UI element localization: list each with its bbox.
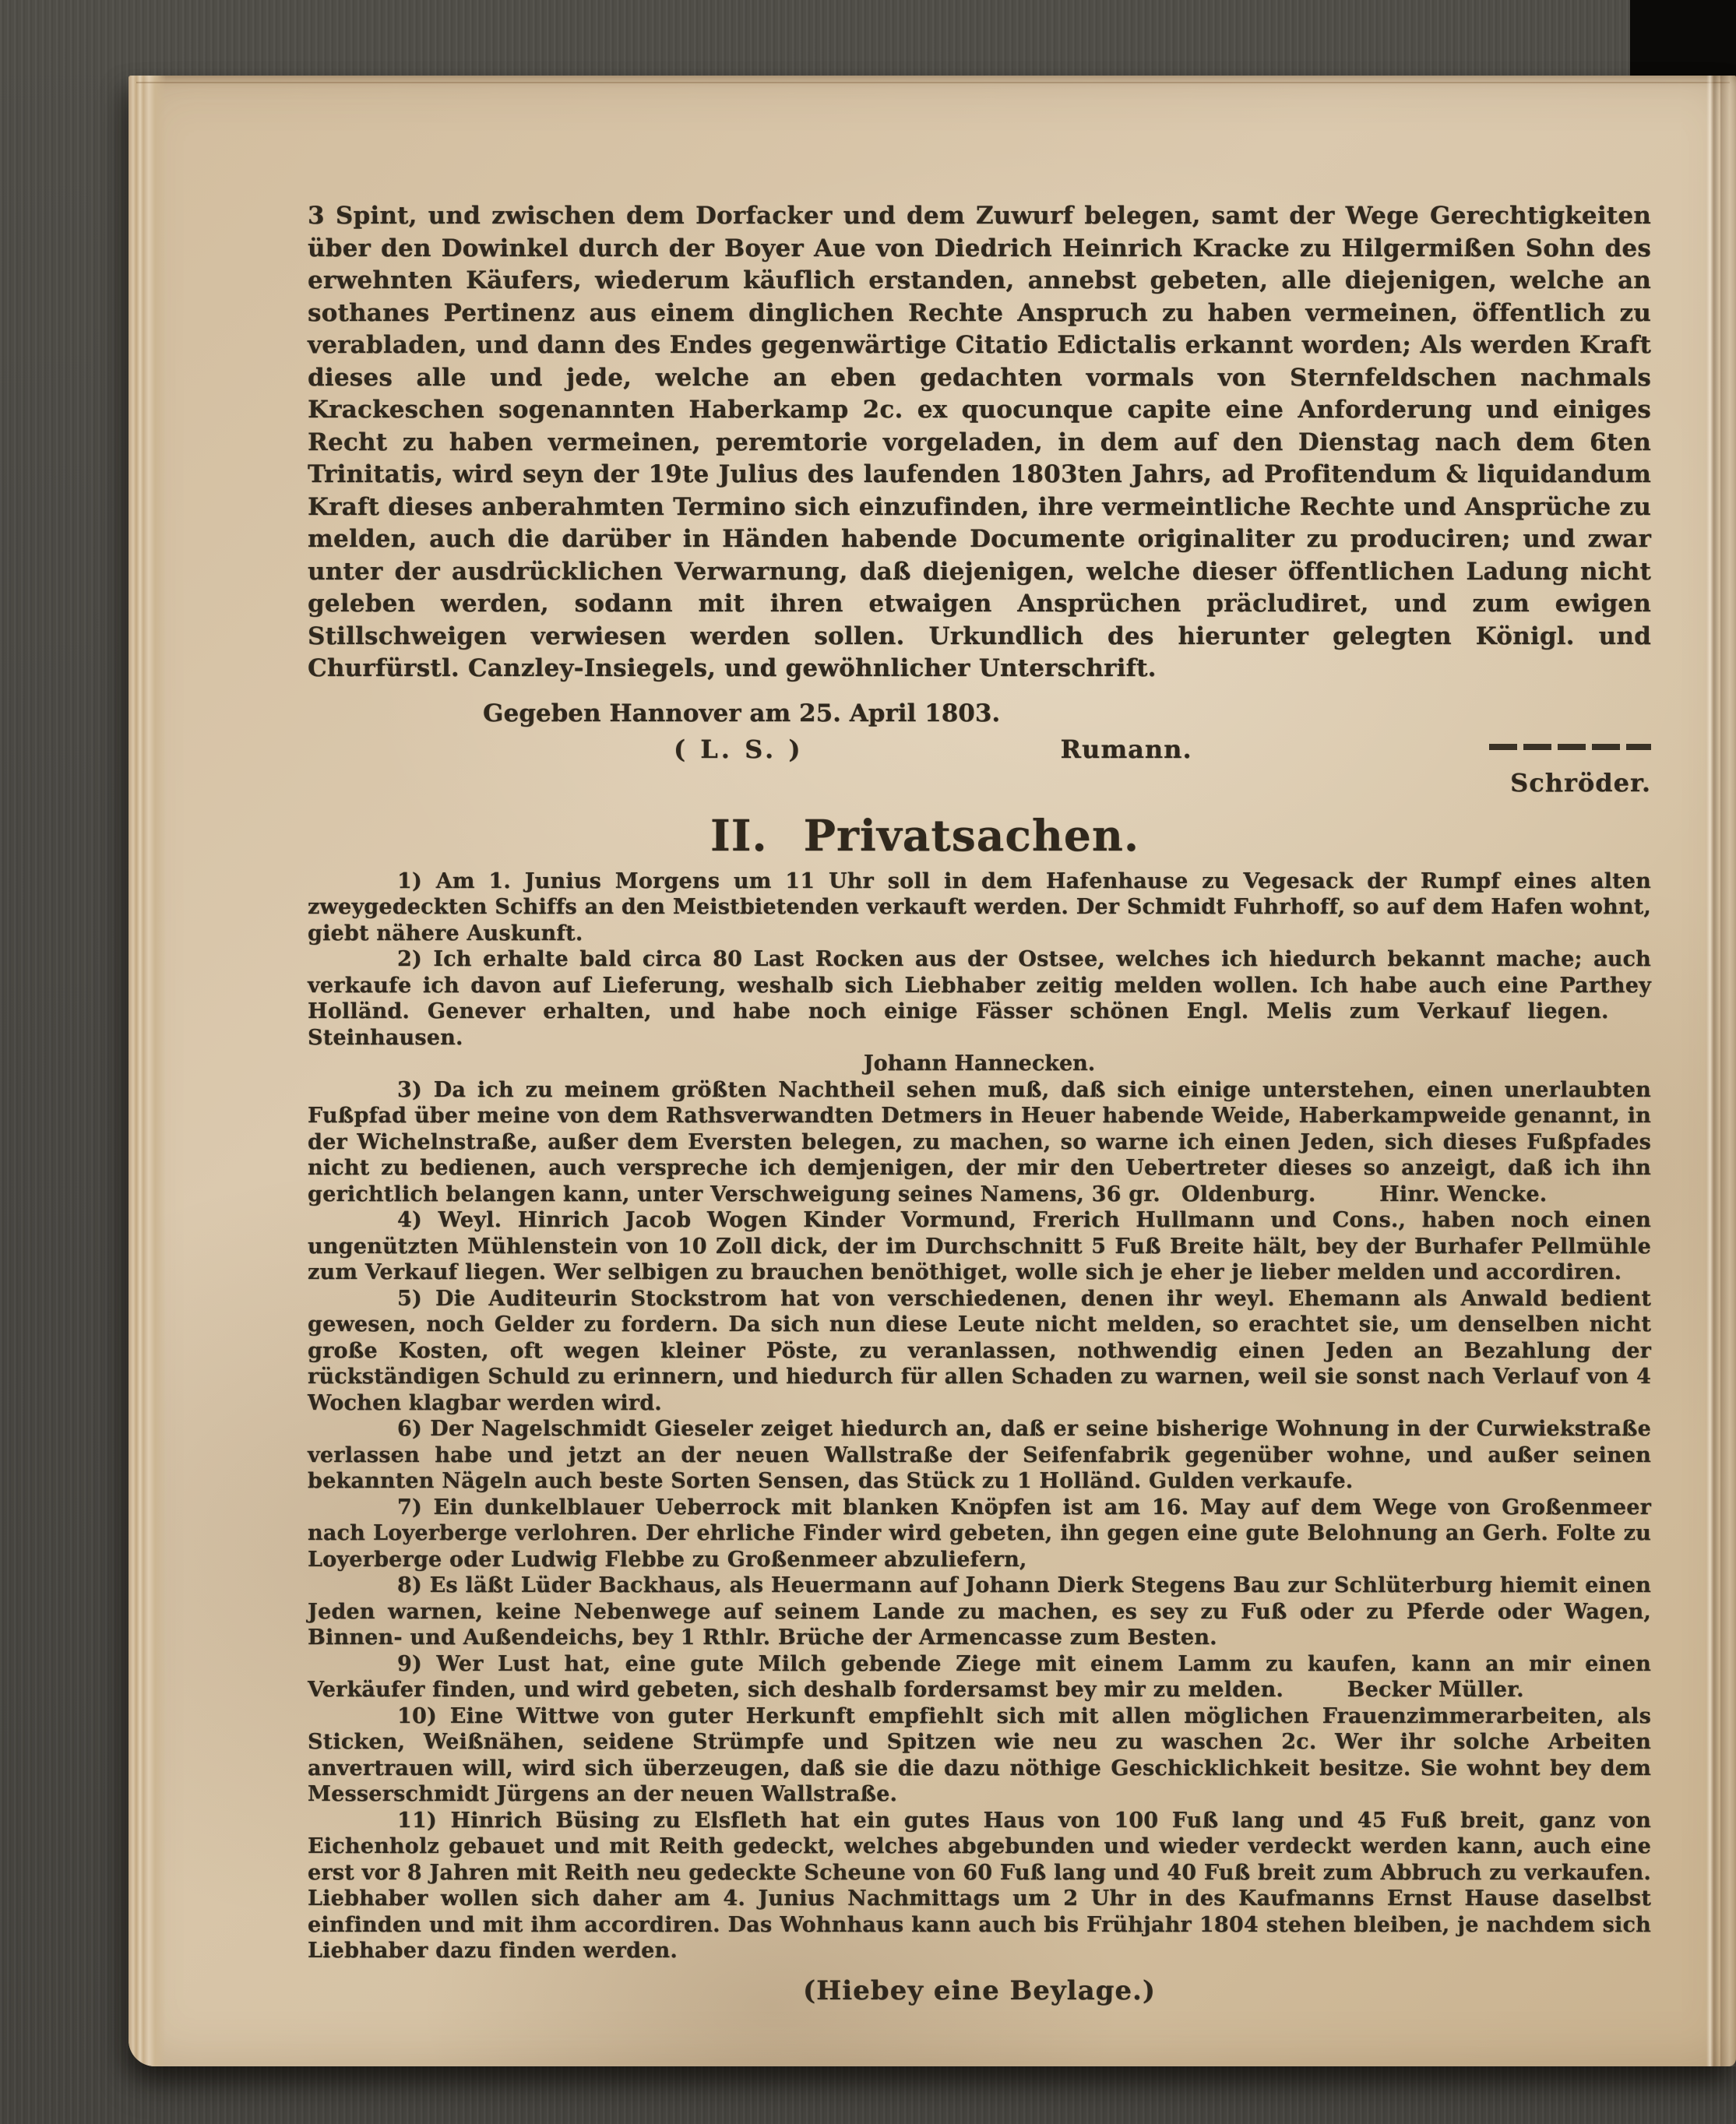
seal-mark: ( L. S. )	[674, 733, 803, 766]
ad-item-5: 5) Die Auditeurin Stockstrom hat von ver…	[308, 1286, 1651, 1417]
ad-item-2: 2) Ich erhalte bald circa 80 Last Rocken…	[308, 946, 1651, 1051]
ad-item-2-signature: Johann Hannecken.	[308, 1051, 1651, 1077]
ad-item-1: 1) Am 1. Junius Morgens um 11 Uhr soll i…	[308, 868, 1651, 947]
ad-item-9: 9) Wer Lust hat, eine gute Milch gebende…	[308, 1651, 1651, 1703]
next-page-edge	[1720, 76, 1736, 2066]
edict-body-paragraph: 3 Spint, und zwischen dem Dorfacker und …	[308, 200, 1651, 685]
printed-text-area: 3 Spint, und zwischen dem Dorfacker und …	[308, 200, 1651, 2008]
ad-item-6: 6) Der Nagelschmidt Gieseler zeiget hied…	[308, 1416, 1651, 1495]
ad-item-11: 11) Hinrich Büsing zu Elsfleth hat ein g…	[308, 1808, 1651, 1964]
page-top-fold-line	[136, 82, 1730, 83]
ad-item-3: 3) Da ich zu meinem größten Nachtheil se…	[308, 1077, 1651, 1208]
section-title: Privatsachen.	[804, 810, 1139, 861]
ad-item-7: 7) Ein dunkelblauer Ueberrock mit blanke…	[308, 1495, 1651, 1573]
scan-corner-black-patch	[1630, 0, 1736, 87]
document-page: 3 Spint, und zwischen dem Dorfacker und …	[129, 76, 1736, 2066]
ad-item-4: 4) Weyl. Hinrich Jacob Wogen Kinder Vorm…	[308, 1207, 1651, 1286]
signature-rumann: Rumann.	[1060, 733, 1192, 766]
ad-item-10: 10) Eine Wittwe von guter Herkunft empfi…	[308, 1703, 1651, 1808]
page-stack-edge	[129, 76, 166, 2066]
section-numeral: II.	[710, 810, 768, 861]
page-right-crease	[1706, 76, 1719, 2066]
signature-schroeder: Schröder.	[308, 767, 1651, 798]
dashed-divider-rule	[1489, 744, 1651, 750]
ad-item-8: 8) Es läßt Lüder Backhaus, als Heuermann…	[308, 1573, 1651, 1651]
supplement-footer-note: (Hiebey eine Beylage.)	[308, 1974, 1651, 2008]
section-heading-privatsachen: II.Privatsachen.	[253, 811, 1597, 861]
edict-signature-row: ( L. S. ) Rumann.	[308, 733, 1651, 766]
edict-dateline: Gegeben Hannover am 25. April 1803.	[483, 698, 1651, 730]
